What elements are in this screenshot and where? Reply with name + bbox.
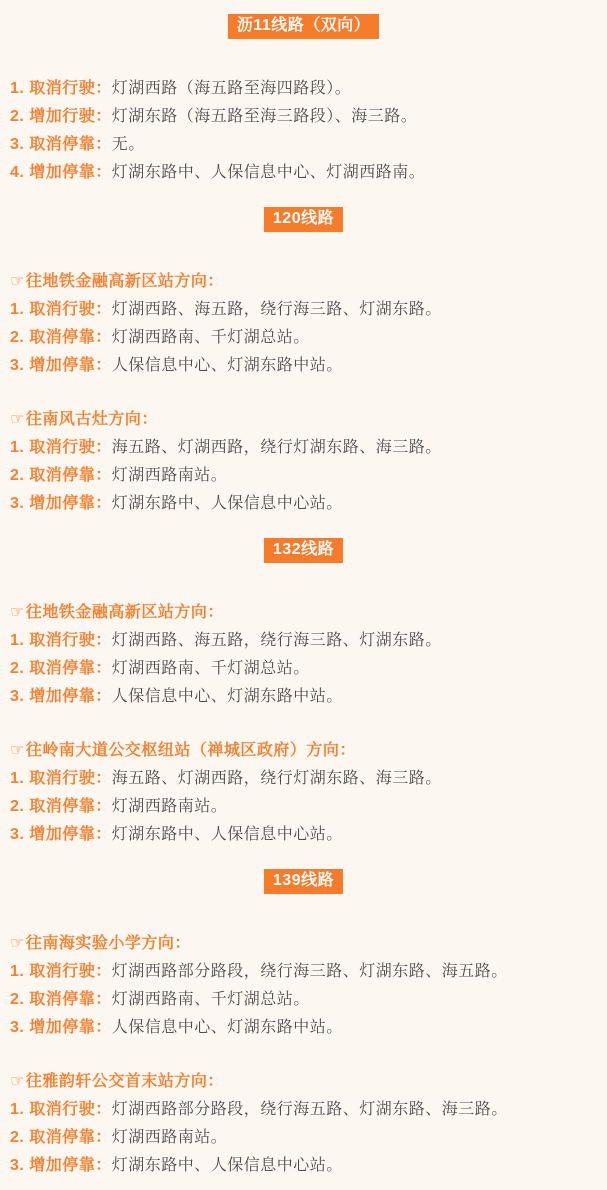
item-label: 3. 增加停靠： [10,1019,112,1036]
direction-block: 1. 取消行驶：灯湖西路（海五路至海四路段）。 2. 增加行驶：灯湖东路（海五路… [10,75,597,187]
route-section: 120线路 ☞往地铁金融高新区站方向： 1. 取消行驶：灯湖西路、海五路，绕行海… [10,207,597,518]
item-label: 2. 取消停靠： [10,467,112,484]
route-section: 132线路 ☞往地铁金融高新区站方向： 1. 取消行驶：灯湖西路、海五路，绕行海… [10,538,597,849]
item-text: 灯湖西路南站。 [112,467,228,484]
direction-heading-text: 往南海实验小学方向： [26,935,191,952]
direction-heading: ☞往地铁金融高新区站方向： [10,268,597,296]
list-item: 2. 取消停靠：灯湖西路南站。 [10,462,597,490]
direction-block: ☞往岭南大道公交枢纽站（禅城区政府）方向： 1. 取消行驶：海五路、灯湖西路，绕… [10,737,597,849]
direction-block: ☞往雅韵轩公交首末站方向： 1. 取消行驶：灯湖西路部分路段，绕行海五路、灯湖东… [10,1068,597,1180]
list-item: 3. 取消停靠：无。 [10,131,597,159]
item-label: 2. 取消停靠： [10,1129,112,1146]
direction-heading: ☞往岭南大道公交枢纽站（禅城区政府）方向： [10,737,597,765]
item-label: 1. 取消行驶： [10,1101,112,1118]
item-label: 2. 取消停靠： [10,991,112,1008]
item-text: 灯湖西路南、千灯湖总站。 [112,660,310,677]
item-text: 灯湖东路中、人保信息中心站。 [112,1157,343,1174]
item-text: 人保信息中心、灯湖东路中站。 [112,688,343,705]
pointing-finger-icon: ☞ [10,273,25,290]
list-item: 3. 增加停靠：人保信息中心、灯湖东路中站。 [10,1014,597,1042]
item-label: 3. 增加停靠： [10,688,112,705]
route-badge: 沥11线路（双向） [228,14,379,39]
direction-heading-text: 往雅韵轩公交首末站方向： [26,1073,224,1090]
item-label: 2. 取消停靠： [10,798,112,815]
item-text: 灯湖东路中、人保信息中心、灯湖西路南。 [112,164,426,181]
direction-heading-text: 往地铁金融高新区站方向： [26,273,224,290]
direction-heading: ☞往雅韵轩公交首末站方向： [10,1068,597,1096]
item-text: 灯湖西路部分路段，绕行海五路、灯湖东路、海三路。 [112,1101,508,1118]
item-text: 灯湖西路南、千灯湖总站。 [112,991,310,1008]
item-label: 1. 取消行驶： [10,632,112,649]
list-item: 1. 取消行驶：灯湖西路部分路段，绕行海五路、灯湖东路、海三路。 [10,1096,597,1124]
item-label: 4. 增加停靠： [10,164,112,181]
item-text: 无。 [112,136,145,153]
list-item: 2. 取消停靠：灯湖西路南站。 [10,1124,597,1152]
route-section: 沥11线路（双向） 1. 取消行驶：灯湖西路（海五路至海四路段）。 2. 增加行… [10,14,597,187]
article-body: 沥11线路（双向） 1. 取消行驶：灯湖西路（海五路至海四路段）。 2. 增加行… [0,0,607,1190]
item-label: 1. 取消行驶： [10,770,112,787]
item-label: 1. 取消行驶： [10,301,112,318]
item-text: 海五路、灯湖西路，绕行灯湖东路、海三路。 [112,770,442,787]
item-label: 1. 取消行驶： [10,439,112,456]
route-section: 139线路 ☞往南海实验小学方向： 1. 取消行驶：灯湖西路部分路段，绕行海三路… [10,869,597,1180]
list-item: 1. 取消行驶：海五路、灯湖西路，绕行灯湖东路、海三路。 [10,434,597,462]
direction-heading: ☞往南海实验小学方向： [10,930,597,958]
item-label: 3. 增加停靠： [10,357,112,374]
list-item: 4. 增加停靠：灯湖东路中、人保信息中心、灯湖西路南。 [10,159,597,187]
direction-block: ☞往地铁金融高新区站方向： 1. 取消行驶：灯湖西路、海五路，绕行海三路、灯湖东… [10,599,597,711]
list-item: 3. 增加停靠：灯湖东路中、人保信息中心站。 [10,821,597,849]
item-text: 灯湖东路中、人保信息中心站。 [112,826,343,843]
list-item: 2. 取消停靠：灯湖西路南、千灯湖总站。 [10,655,597,683]
item-text: 灯湖东路（海五路至海三路段）、海三路。 [112,108,418,125]
list-item: 3. 增加停靠：灯湖东路中、人保信息中心站。 [10,490,597,518]
list-item: 2. 取消停靠：灯湖西路南站。 [10,793,597,821]
item-label: 3. 增加停靠： [10,826,112,843]
pointing-finger-icon: ☞ [10,742,25,759]
list-item: 1. 取消行驶：灯湖西路、海五路，绕行海三路、灯湖东路。 [10,296,597,324]
item-text: 灯湖西路、海五路，绕行海三路、灯湖东路。 [112,632,442,649]
list-item: 3. 增加停靠：灯湖东路中、人保信息中心站。 [10,1152,597,1180]
direction-block: ☞往南风古灶方向： 1. 取消行驶：海五路、灯湖西路，绕行灯湖东路、海三路。 2… [10,406,597,518]
direction-heading-text: 往南风古灶方向： [26,411,158,428]
list-item: 2. 取消停靠：灯湖西路南、千灯湖总站。 [10,324,597,352]
route-badge-row: 139线路 [10,869,597,894]
item-text: 灯湖西路南站。 [112,1129,228,1146]
list-item: 1. 取消行驶：灯湖西路部分路段，绕行海三路、灯湖东路、海五路。 [10,958,597,986]
direction-block: ☞往地铁金融高新区站方向： 1. 取消行驶：灯湖西路、海五路，绕行海三路、灯湖东… [10,268,597,380]
direction-heading: ☞往南风古灶方向： [10,406,597,434]
item-label: 1. 取消行驶： [10,80,112,97]
list-item: 1. 取消行驶：海五路、灯湖西路，绕行灯湖东路、海三路。 [10,765,597,793]
route-badge-row: 120线路 [10,207,597,232]
item-text: 灯湖西路南、千灯湖总站。 [112,329,310,346]
list-item: 1. 取消行驶：灯湖西路、海五路，绕行海三路、灯湖东路。 [10,627,597,655]
item-text: 人保信息中心、灯湖东路中站。 [112,357,343,374]
route-badge: 139线路 [264,869,343,894]
item-label: 2. 取消停靠： [10,329,112,346]
item-label: 3. 增加停靠： [10,1157,112,1174]
item-text: 灯湖西路南站。 [112,798,228,815]
list-item: 2. 增加行驶：灯湖东路（海五路至海三路段）、海三路。 [10,103,597,131]
item-label: 2. 增加行驶： [10,108,112,125]
list-item: 3. 增加停靠：人保信息中心、灯湖东路中站。 [10,352,597,380]
pointing-finger-icon: ☞ [10,411,25,428]
item-text: 灯湖西路部分路段，绕行海三路、灯湖东路、海五路。 [112,963,508,980]
pointing-finger-icon: ☞ [10,935,25,952]
direction-heading-text: 往地铁金融高新区站方向： [26,604,224,621]
item-text: 灯湖西路、海五路，绕行海三路、灯湖东路。 [112,301,442,318]
item-label: 3. 增加停靠： [10,495,112,512]
pointing-finger-icon: ☞ [10,604,25,621]
list-item: 1. 取消行驶：灯湖西路（海五路至海四路段）。 [10,75,597,103]
item-text: 海五路、灯湖西路，绕行灯湖东路、海三路。 [112,439,442,456]
route-badge: 120线路 [264,207,343,232]
route-badge-row: 沥11线路（双向） [10,14,597,39]
item-label: 2. 取消停靠： [10,660,112,677]
direction-block: ☞往南海实验小学方向： 1. 取消行驶：灯湖西路部分路段，绕行海三路、灯湖东路、… [10,930,597,1042]
pointing-finger-icon: ☞ [10,1073,25,1090]
direction-heading: ☞往地铁金融高新区站方向： [10,599,597,627]
list-item: 2. 取消停靠：灯湖西路南、千灯湖总站。 [10,986,597,1014]
item-text: 灯湖西路（海五路至海四路段）。 [112,80,352,97]
route-badge-row: 132线路 [10,538,597,563]
item-label: 3. 取消停靠： [10,136,112,153]
list-item: 3. 增加停靠：人保信息中心、灯湖东路中站。 [10,683,597,711]
item-text: 人保信息中心、灯湖东路中站。 [112,1019,343,1036]
direction-heading-text: 往岭南大道公交枢纽站（禅城区政府）方向： [26,742,356,759]
item-text: 灯湖东路中、人保信息中心站。 [112,495,343,512]
route-badge: 132线路 [264,538,343,563]
item-label: 1. 取消行驶： [10,963,112,980]
